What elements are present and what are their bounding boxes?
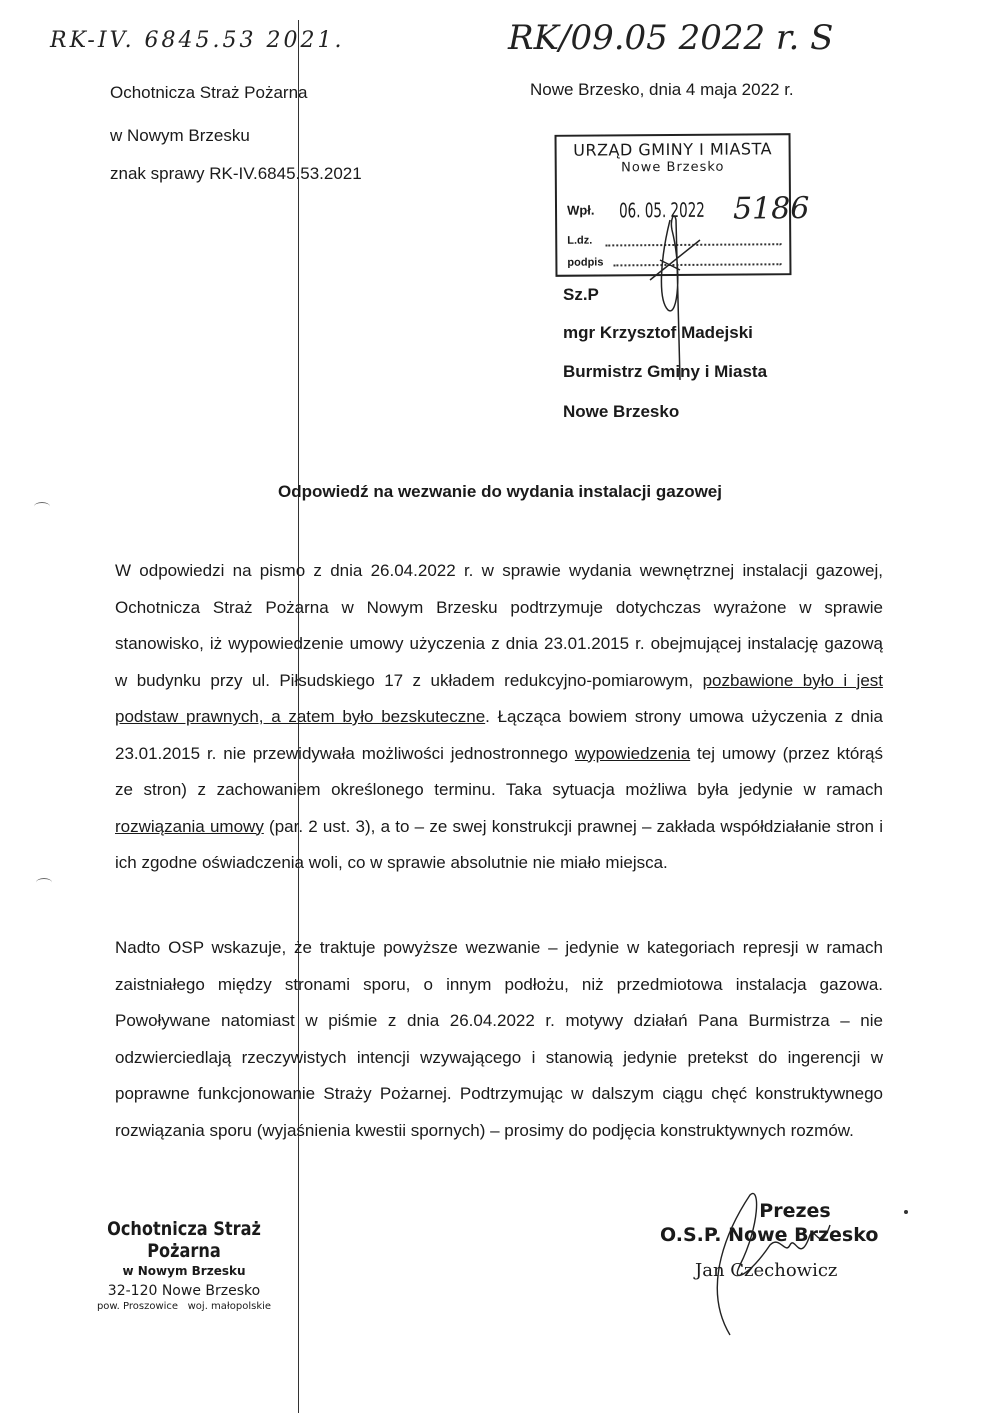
- ink-dot: [904, 1210, 908, 1214]
- sender-name: Ochotnicza Straż Pożarna: [110, 83, 307, 103]
- stamp-office: URZĄD GMINY I MIASTA: [561, 139, 785, 160]
- handwritten-registration-note: RK/09.05 2022 r. S: [508, 18, 833, 58]
- org-stamp-voivodeship: woj. małopolskie: [188, 1301, 271, 1312]
- org-stamp-location: w Nowym Brzesku: [70, 1264, 298, 1278]
- letter-title: Odpowiedź na wezwanie do wydania instala…: [0, 482, 1000, 502]
- underlined-text: wypowiedzenia: [575, 744, 690, 763]
- stamp-signature-label: podpis: [567, 256, 603, 268]
- stamp-register-number: 5186: [733, 191, 810, 227]
- org-stamp-address: 32-120 Nowe Brzesko: [70, 1283, 298, 1299]
- case-reference: znak sprawy RK-IV.6845.53.2021: [110, 164, 362, 184]
- place-date: Nowe Brzesko, dnia 4 maja 2022 r.: [530, 80, 794, 100]
- recipient-city: Nowe Brzesko: [563, 402, 679, 422]
- org-stamp-name: Ochotnicza Straż Pożarna: [87, 1218, 281, 1262]
- punch-mark: [36, 878, 52, 887]
- recipient-name: mgr Krzysztof Madejski: [563, 323, 753, 343]
- stamp-city: Nowe Brzesko: [557, 159, 789, 176]
- org-stamp-district: pow. Proszowice: [97, 1301, 178, 1312]
- stamp-ldz-label: L.dz.: [567, 235, 592, 247]
- punch-mark: [34, 502, 50, 511]
- handwritten-reference-note: RK-IV. 6845.53 2021.: [50, 28, 345, 53]
- organization-stamp: Ochotnicza Straż Pożarna w Nowym Brzesku…: [70, 1218, 298, 1312]
- body-paragraph-1: W odpowiedzi na pismo z dnia 26.04.2022 …: [115, 553, 883, 882]
- recipient-position: Burmistrz Gminy i Miasta: [563, 362, 767, 382]
- recipient-salutation: Sz.P: [563, 285, 599, 305]
- body-paragraph-2: Nadto OSP wskazuje, że traktuje powyższe…: [115, 930, 883, 1149]
- president-signature: [690, 1185, 850, 1345]
- paragraph-text: Nadto OSP wskazuje, że traktuje powyższe…: [115, 930, 883, 1149]
- underlined-text: rozwiązania umowy: [115, 817, 264, 836]
- sender-location: w Nowym Brzesku: [110, 126, 250, 146]
- stamp-received-label: Wpł.: [567, 203, 595, 218]
